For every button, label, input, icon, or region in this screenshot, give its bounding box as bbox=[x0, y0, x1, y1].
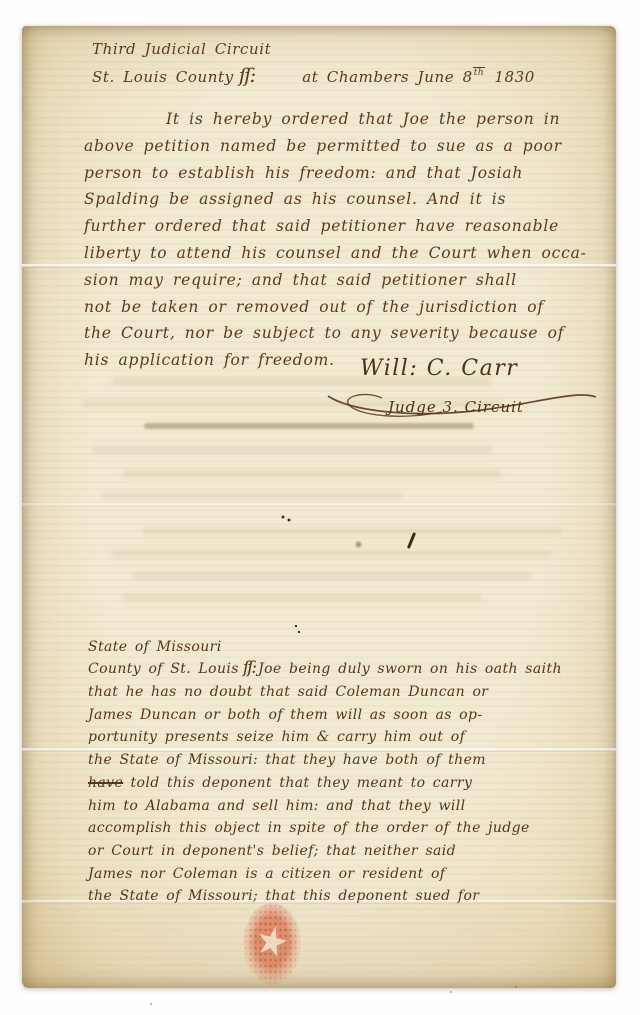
line-text: not be taken or removed out of the juris… bbox=[84, 298, 544, 316]
ink-smudge-mark bbox=[354, 540, 363, 549]
dust-speck bbox=[515, 986, 517, 988]
bleed-through-writing bbox=[112, 550, 552, 557]
bleed-through-writing bbox=[142, 528, 562, 535]
line-text: further ordered that said petitioner hav… bbox=[84, 217, 559, 235]
scilicet-ss-mark: ſſ: bbox=[243, 657, 255, 680]
heading-venue-line: St. Louis County ſſ: at Chambers June 8t… bbox=[92, 63, 535, 87]
manuscript-line: James Duncan or both of them will as soo… bbox=[88, 704, 603, 727]
line-text: the Court, nor be subject to any severit… bbox=[84, 324, 564, 342]
line-text: him to Alabama and sell him: and that th… bbox=[88, 798, 465, 814]
line-text: portunity presents seize him & carry him… bbox=[88, 729, 465, 745]
manuscript-line: further ordered that said petitioner hav… bbox=[84, 213, 594, 240]
line-text: accomplish this object in spite of the o… bbox=[88, 820, 530, 836]
line-text: sion may require; and that said petition… bbox=[84, 271, 517, 289]
manuscript-line: that he has no doubt that said Coleman D… bbox=[88, 681, 603, 704]
line-text: above petition named be permitted to sue… bbox=[84, 137, 562, 155]
date-ordinal-superscript: th bbox=[473, 67, 486, 78]
order-lines: above petition named be permitted to sue… bbox=[84, 133, 594, 374]
judge-title: Judge 3. Circuit bbox=[388, 398, 524, 416]
line-text: or Court in deponent's belief; that neit… bbox=[88, 843, 456, 859]
line-text: his application for freedom. bbox=[84, 351, 335, 369]
manuscript-line: accomplish this object in spite of the o… bbox=[88, 817, 603, 840]
bleed-through-writing bbox=[102, 492, 402, 499]
line-text: James Duncan or both of them will as soo… bbox=[88, 707, 483, 723]
heading-circuit-line: Third Judicial Circuit bbox=[92, 40, 535, 58]
affidavit-oath-intro: Joe being duly sworn on his oath saith bbox=[258, 658, 562, 681]
manuscript-line: the Court, nor be subject to any severit… bbox=[84, 320, 594, 347]
scanned-document-page: Third Judicial Circuit St. Louis County … bbox=[0, 0, 640, 1015]
bleed-through-writing bbox=[122, 470, 502, 477]
scilicet-ss-mark: ſſ: bbox=[239, 63, 255, 87]
manuscript-line: have told this deponent that they meant … bbox=[88, 772, 603, 795]
affidavit-section: State of Missouri County of St. Louis ſſ… bbox=[88, 638, 603, 908]
manuscript-line: liberty to attend his counsel and the Co… bbox=[84, 240, 594, 267]
line-text: the State of Missouri: that they have bo… bbox=[88, 752, 486, 768]
line-text: person to establish his freedom: and tha… bbox=[84, 164, 523, 182]
affidavit-state-line: State of Missouri bbox=[88, 638, 603, 657]
ink-blot-mark bbox=[280, 514, 292, 524]
dust-speck bbox=[450, 991, 452, 993]
affidavit-lines: that he has no doubt that said Coleman D… bbox=[88, 681, 603, 908]
line-text: liberty to attend his counsel and the Co… bbox=[84, 244, 587, 262]
affidavit-county: County of St. Louis bbox=[88, 658, 239, 681]
heading-chambers-date: at Chambers June 8th1830 bbox=[302, 68, 535, 86]
court-order-paragraph: It is hereby ordered that Joe the person… bbox=[84, 106, 594, 374]
bottom-fold-panel bbox=[22, 901, 616, 989]
manuscript-line: him to Alabama and sell him: and that th… bbox=[88, 795, 603, 818]
line-text: Spalding be assigned as his counsel. And… bbox=[84, 190, 506, 208]
judge-signature: Will: C. Carr bbox=[360, 356, 518, 381]
line-text: James nor Coleman is a citizen or reside… bbox=[88, 866, 445, 882]
manuscript-line: James nor Coleman is a citizen or reside… bbox=[88, 863, 603, 886]
bleed-through-writing bbox=[144, 423, 474, 429]
ink-tick-mark bbox=[294, 623, 302, 635]
manuscript-line: person to establish his freedom: and tha… bbox=[84, 160, 594, 187]
heading-county: St. Louis County bbox=[92, 68, 234, 86]
struck-out-word: have bbox=[88, 775, 123, 791]
bleed-through-writing bbox=[122, 594, 482, 601]
manuscript-line: above petition named be permitted to sue… bbox=[84, 133, 594, 160]
line-text: the State of Missouri; that this deponen… bbox=[88, 888, 479, 904]
manuscript-line: or Court in deponent's belief; that neit… bbox=[88, 840, 603, 863]
document-heading: Third Judicial Circuit St. Louis County … bbox=[92, 40, 535, 87]
affidavit-venue-line: County of St. Louis ſſ: Joe being duly s… bbox=[88, 657, 603, 681]
bleed-through-writing bbox=[92, 447, 492, 454]
date-text: at Chambers June 8 bbox=[302, 68, 472, 86]
bleed-through-writing bbox=[132, 572, 532, 579]
manuscript-line: the State of Missouri; that this deponen… bbox=[88, 885, 603, 908]
dust-speck bbox=[150, 1003, 152, 1005]
date-year: 1830 bbox=[494, 68, 535, 86]
line-text: told this deponent that they meant to ca… bbox=[123, 775, 472, 791]
manuscript-paper-sheet: Third Judicial Circuit St. Louis County … bbox=[22, 26, 616, 988]
manuscript-line: Spalding be assigned as his counsel. And… bbox=[84, 186, 594, 213]
manuscript-line: not be taken or removed out of the juris… bbox=[84, 294, 594, 321]
manuscript-line: portunity presents seize him & carry him… bbox=[88, 726, 603, 749]
line-text: that he has no doubt that said Coleman D… bbox=[88, 684, 488, 700]
manuscript-line: sion may require; and that said petition… bbox=[84, 267, 594, 294]
manuscript-line: the State of Missouri: that they have bo… bbox=[88, 749, 603, 772]
manuscript-line: It is hereby ordered that Joe the person… bbox=[166, 106, 594, 133]
fold-crease bbox=[22, 503, 616, 507]
red-wax-seal bbox=[243, 903, 301, 985]
